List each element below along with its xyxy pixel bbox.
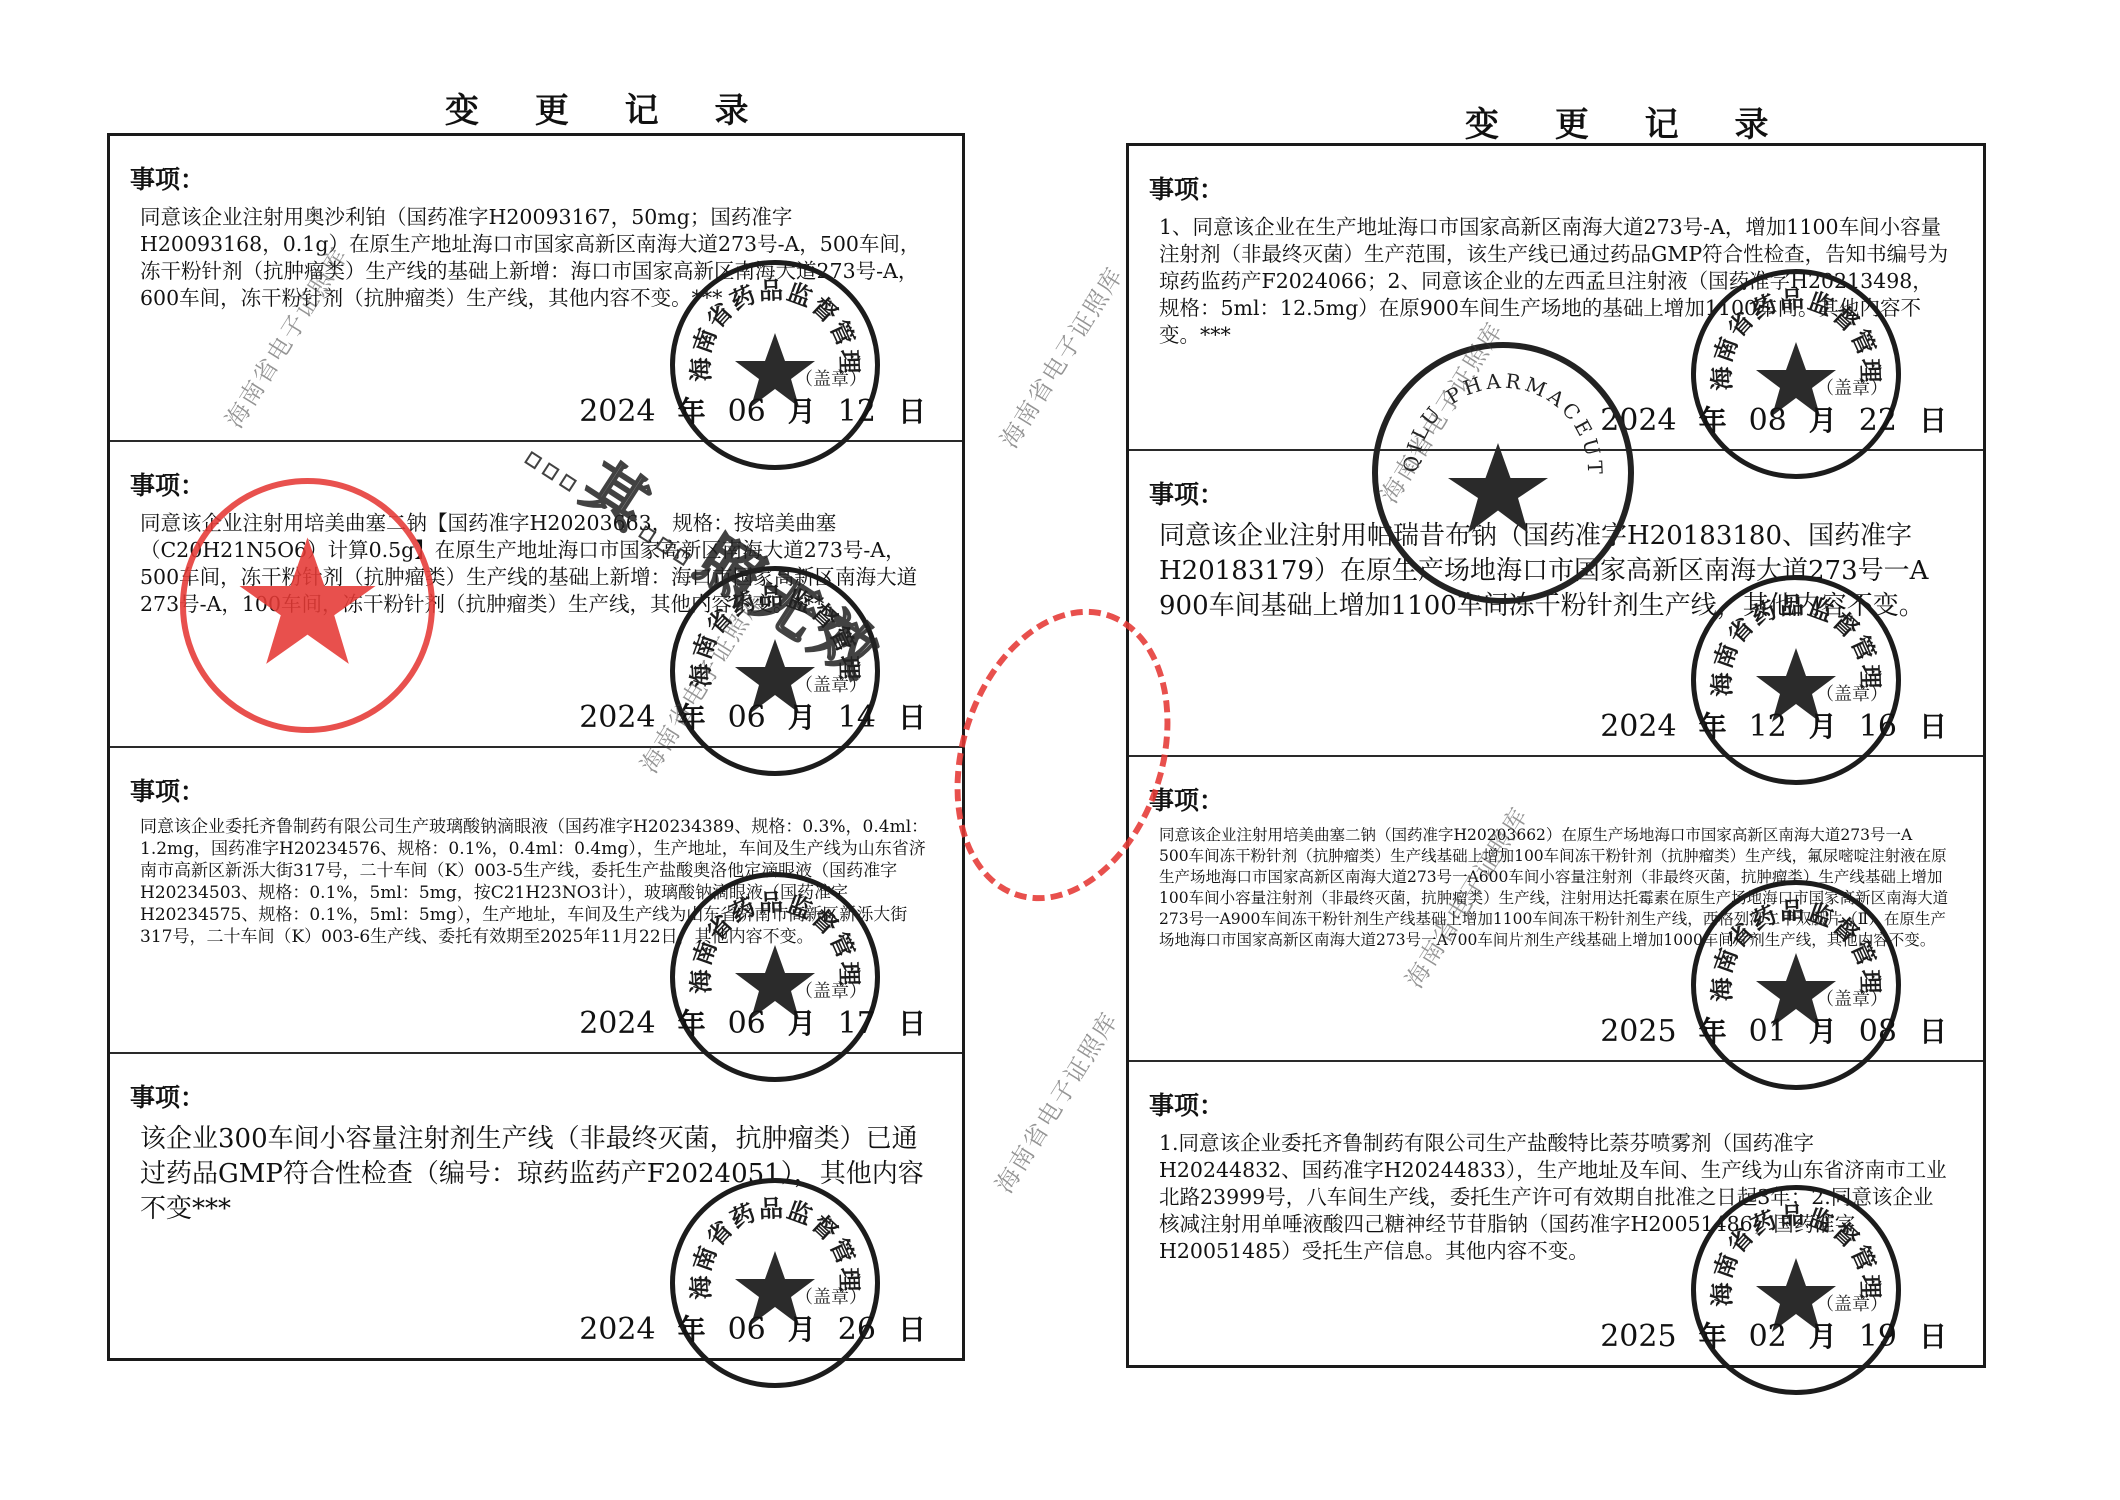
entry-date: 2024 年 06 月 26 日	[579, 1308, 926, 1348]
entry-label: 事项：	[1149, 781, 1953, 817]
date-month: 12	[1749, 709, 1787, 744]
entry-text: 1、同意该企业在生产地址海口市国家高新区南海大道273号-A，增加1100车间小…	[1149, 214, 1953, 349]
entry-label: 事项：	[130, 1078, 932, 1114]
date-month: 06	[728, 394, 766, 429]
date-month: 01	[1749, 1014, 1787, 1049]
change-record-entry: 事项： 该企业300车间小容量注射剂生产线（非最终灭菌，抗肿瘤类）已通过药品GM…	[110, 1054, 962, 1358]
seal-center-text: （盖章）	[1816, 378, 1888, 399]
entry-text: 同意该企业委托齐鲁制药有限公司生产玻璃酸钠滴眼液（国药准字H20234389、规…	[130, 816, 932, 948]
date-month: 08	[1749, 403, 1787, 438]
date-month-unit: 月	[788, 390, 816, 430]
entry-text: 该企业300车间小容量注射剂生产线（非最终灭菌，抗肿瘤类）已通过药品GMP符合性…	[130, 1122, 932, 1227]
date-month: 02	[1749, 1319, 1787, 1354]
change-record-entry: 事项： 同意该企业注射用培美曲塞二钠【国药准字H20203663，规格：按培美曲…	[110, 442, 962, 748]
watermark-text: 海南省电子证照库	[985, 1004, 1125, 1199]
right-change-record-table: 事项： 1、同意该企业在生产地址海口市国家高新区南海大道273号-A，增加110…	[1126, 143, 1986, 1368]
date-year: 2024	[1600, 709, 1676, 744]
seal-center-text: （盖章）	[795, 369, 867, 390]
date-month: 06	[728, 1312, 766, 1347]
date-day: 17	[838, 1006, 876, 1041]
date-year: 2024	[1600, 403, 1676, 438]
watermark-text: 海南省电子证照库	[990, 259, 1130, 454]
seal-center-text: （盖章）	[1816, 1294, 1888, 1315]
date-month-unit: 月	[788, 696, 816, 736]
entry-text: 同意该企业注射用培美曲塞二钠（国药准字H20203662）在原生产场地海口市国家…	[1149, 825, 1953, 951]
entry-date: 2024 年 06 月 12 日	[579, 390, 926, 430]
date-day: 22	[1859, 403, 1897, 438]
entry-label: 事项：	[1149, 170, 1953, 206]
date-year: 2024	[579, 394, 655, 429]
entry-text: 同意该企业注射用帕瑞昔布钠（国药准字H20183180、国药准字H2018317…	[1149, 519, 1953, 624]
date-month-unit: 月	[1809, 399, 1837, 439]
date-month-unit: 月	[788, 1002, 816, 1042]
right-page-title: 变 更 记 录	[1465, 97, 1791, 146]
entry-text: 同意该企业注射用培美曲塞二钠【国药准字H20203663，规格：按培美曲塞（C2…	[130, 510, 932, 618]
date-year-unit: 年	[678, 1308, 706, 1348]
date-year-unit: 年	[1699, 705, 1727, 745]
change-record-entry: 事项： 1、同意该企业在生产地址海口市国家高新区南海大道273号-A，增加110…	[1129, 146, 1983, 451]
entry-date: 2024 年 06 月 17 日	[579, 1002, 926, 1042]
date-day-unit: 日	[1919, 1010, 1947, 1050]
date-year-unit: 年	[1699, 399, 1727, 439]
change-record-entry: 事项： 1.同意该企业委托齐鲁制药有限公司生产盐酸特比萘芬喷雾剂（国药准字H20…	[1129, 1062, 1983, 1365]
date-month-unit: 月	[1809, 1315, 1837, 1355]
left-change-record-table: 事项： 同意该企业注射用奥沙利铂（国药准字H20093167，50mg；国药准字…	[107, 133, 965, 1361]
entry-label: 事项：	[1149, 475, 1953, 511]
change-record-entry: 事项： 同意该企业注射用帕瑞昔布钠（国药准字H20183180、国药准字H201…	[1129, 451, 1983, 756]
seal-center-text: （盖章）	[1816, 684, 1888, 705]
date-day: 26	[838, 1312, 876, 1347]
date-year-unit: 年	[1699, 1315, 1727, 1355]
date-year: 2024	[579, 1006, 655, 1041]
entry-label: 事项：	[130, 772, 932, 808]
change-record-entry: 事项： 同意该企业注射用奥沙利铂（国药准字H20093167，50mg；国药准字…	[110, 136, 962, 442]
left-page-title: 变 更 记 录	[445, 83, 771, 132]
date-day-unit: 日	[898, 390, 926, 430]
entry-label: 事项：	[130, 160, 932, 196]
entry-date: 2024 年 06 月 14 日	[579, 696, 926, 736]
entry-date: 2024 年 12 月 16 日	[1600, 705, 1947, 745]
entry-label: 事项：	[130, 466, 932, 502]
date-day-unit: 日	[1919, 705, 1947, 745]
seal-center-text: （盖章）	[1816, 989, 1888, 1010]
seal-center-text: （盖章）	[795, 675, 867, 696]
date-day: 19	[1859, 1319, 1897, 1354]
date-year-unit: 年	[678, 1002, 706, 1042]
date-day-unit: 日	[1919, 399, 1947, 439]
change-record-entry: 事项： 同意该企业注射用培美曲塞二钠（国药准字H20203662）在原生产场地海…	[1129, 757, 1983, 1062]
date-day: 12	[838, 394, 876, 429]
date-day-unit: 日	[898, 696, 926, 736]
date-year: 2025	[1600, 1319, 1676, 1354]
date-month: 06	[728, 1006, 766, 1041]
entry-date: 2024 年 08 月 22 日	[1600, 399, 1947, 439]
date-year: 2024	[579, 1312, 655, 1347]
date-month-unit: 月	[1809, 1010, 1837, 1050]
date-day-unit: 日	[898, 1002, 926, 1042]
date-month: 06	[728, 700, 766, 735]
date-month-unit: 月	[788, 1308, 816, 1348]
entry-text: 1.同意该企业委托齐鲁制药有限公司生产盐酸特比萘芬喷雾剂（国药准字H202448…	[1149, 1130, 1953, 1265]
date-month-unit: 月	[1809, 705, 1837, 745]
date-day-unit: 日	[1919, 1315, 1947, 1355]
entry-label: 事项：	[1149, 1086, 1953, 1122]
date-year-unit: 年	[678, 390, 706, 430]
date-year-unit: 年	[678, 696, 706, 736]
entry-date: 2025 年 01 月 08 日	[1600, 1010, 1947, 1050]
date-day: 08	[1859, 1014, 1897, 1049]
entry-date: 2025 年 02 月 19 日	[1600, 1315, 1947, 1355]
date-year-unit: 年	[1699, 1010, 1727, 1050]
date-day: 14	[838, 700, 876, 735]
date-year: 2025	[1600, 1014, 1676, 1049]
seal-center-text: （盖章）	[795, 1287, 867, 1308]
entry-text: 同意该企业注射用奥沙利铂（国药准字H20093167，50mg；国药准字H200…	[130, 204, 932, 312]
seal-center-text: （盖章）	[795, 981, 867, 1002]
change-record-entry: 事项： 同意该企业委托齐鲁制药有限公司生产玻璃酸钠滴眼液（国药准字H202343…	[110, 748, 962, 1054]
date-day-unit: 日	[898, 1308, 926, 1348]
date-day: 16	[1859, 709, 1897, 744]
date-year: 2024	[579, 700, 655, 735]
